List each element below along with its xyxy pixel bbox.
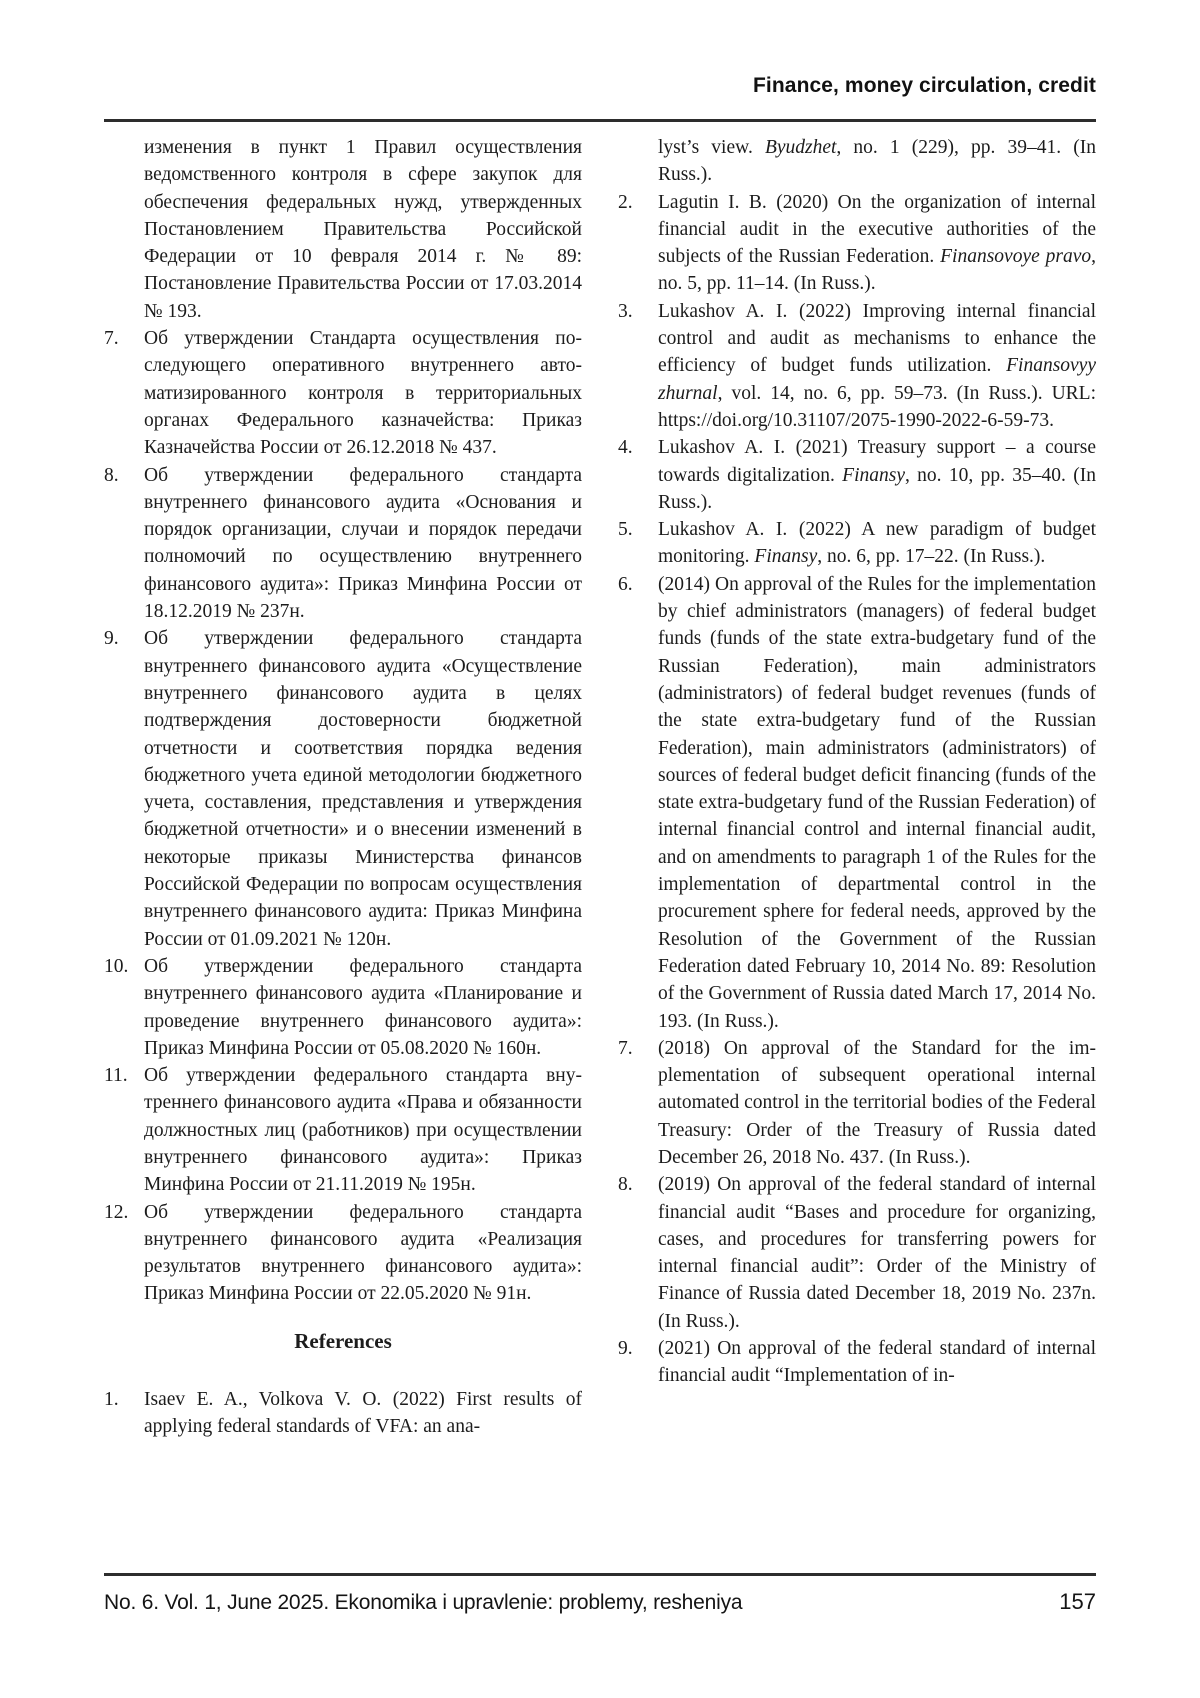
footer-rule	[104, 1573, 1096, 1576]
ref-ru-8: 8.Об утверждении федерального стандарта …	[104, 462, 582, 626]
ref-ru-9: 9.Об утверждении федерального стандарта …	[104, 625, 582, 953]
ref-en-4: 4.Lukashov A. I. (2021) Treasury support…	[618, 434, 1096, 516]
reference-number: 10.	[104, 953, 128, 980]
reference-text: Об утверждении федерального стандарта вн…	[144, 1202, 582, 1305]
ref-en-8: 8.(2019) On approval of the federal stan…	[618, 1171, 1096, 1335]
reference-text: Об утверждении федерального стандарта вн…	[144, 1065, 582, 1195]
journal-page: Finance, money circulation, credit измен…	[0, 0, 1200, 1698]
ref-en-1-continuation: lyst’s view. Byudzhet, no. 1 (229), pp. …	[618, 134, 1096, 189]
reference-text: Lukashov A. I. (2022) Improving internal…	[658, 301, 1096, 431]
right-column: lyst’s view. Byudzhet, no. 1 (229), pp. …	[618, 134, 1096, 1390]
reference-number: 7.	[618, 1035, 633, 1062]
ref-ru-6-continuation: изменения в пункт 1 Правил осуществления…	[104, 134, 582, 325]
reference-number: 6.	[618, 571, 633, 598]
page-number: 157	[1059, 1589, 1096, 1615]
doi-url: https://doi.org/10.31107/2075-1990-2022-…	[658, 410, 1054, 431]
references-heading: References	[104, 1308, 582, 1386]
reference-number: 9.	[104, 625, 119, 652]
reference-number: 9.	[618, 1335, 633, 1362]
ref-ru-11: 11.Об утверждении федерального стандарта…	[104, 1062, 582, 1198]
reference-number: 11.	[104, 1062, 128, 1089]
reference-text: Об утверждении федерального стандарта вн…	[144, 628, 582, 949]
ref-en-7: 7.(2018) On approval of the Standard for…	[618, 1035, 1096, 1171]
reference-text: lyst’s view. Byudzhet, no. 1 (229), pp. …	[658, 137, 1096, 185]
reference-number: 8.	[104, 462, 119, 489]
reference-number: 4.	[618, 434, 633, 461]
left-column: изменения в пункт 1 Правил осуществления…	[104, 134, 582, 1441]
header-rule	[104, 119, 1096, 122]
ref-en-6: 6.(2014) On approval of the Rules for th…	[618, 571, 1096, 1035]
ref-en-9: 9.(2021) On approval of the federal stan…	[618, 1335, 1096, 1390]
footer-journal-line: No. 6. Vol. 1, June 2025. Ekonomika i up…	[104, 1591, 742, 1615]
reference-number: 8.	[618, 1171, 633, 1198]
reference-text: (2018) On approval of the Standard for t…	[658, 1038, 1096, 1168]
reference-number: 12.	[104, 1199, 128, 1226]
ref-en-1: 1.Isaev E. A., Volkova V. O. (2022) Firs…	[104, 1386, 582, 1441]
reference-number: 3.	[618, 298, 633, 325]
text-columns: изменения в пункт 1 Правил осуществления…	[104, 134, 1096, 1441]
running-head-title: Finance, money circulation, credit	[753, 74, 1096, 98]
reference-number: 2.	[618, 189, 633, 216]
right-column-references: lyst’s view. Byudzhet, no. 1 (229), pp. …	[618, 134, 1096, 1390]
reference-text: (2019) On approval of the federal standa…	[658, 1174, 1096, 1331]
page-footer: No. 6. Vol. 1, June 2025. Ekonomika i up…	[104, 1589, 1096, 1615]
reference-text: Lagutin I. B. (2020) On the organization…	[658, 192, 1096, 295]
reference-text: (2021) On approval of the federal standa…	[658, 1338, 1096, 1386]
reference-text: изменения в пункт 1 Правил осуществления…	[144, 137, 582, 322]
reference-text: Lukashov A. I. (2022) A new paradigm of …	[658, 519, 1096, 567]
reference-text: Об утверждении федерального стандарта вн…	[144, 956, 582, 1059]
reference-text: Об утверждении Стандарта осуществления п…	[144, 328, 582, 458]
ref-ru-10: 10.Об утверждении федерального стандарта…	[104, 953, 582, 1062]
ref-en-2: 2.Lagutin I. B. (2020) On the organizati…	[618, 189, 1096, 298]
reference-text: Lukashov A. I. (2021) Treasury support –…	[658, 437, 1096, 513]
ref-ru-7: 7.Об утверждении Стандарта осуществления…	[104, 325, 582, 461]
ref-en-3: 3.Lukashov A. I. (2022) Improving intern…	[618, 298, 1096, 434]
reference-number: 7.	[104, 325, 119, 352]
left-column-references: изменения в пункт 1 Правил осуществления…	[104, 134, 582, 1441]
ref-en-5: 5.Lukashov A. I. (2022) A new paradigm o…	[618, 516, 1096, 571]
reference-text: Isaev E. A., Volkova V. O. (2022) First …	[144, 1389, 582, 1437]
reference-text: Об утверждении федерального стандарта вн…	[144, 465, 582, 622]
reference-number: 1.	[104, 1386, 119, 1413]
reference-text: (2014) On approval of the Rules for the …	[658, 574, 1096, 1032]
reference-number: 5.	[618, 516, 633, 543]
ref-ru-12: 12.Об утверждении федерального стандарта…	[104, 1199, 582, 1308]
